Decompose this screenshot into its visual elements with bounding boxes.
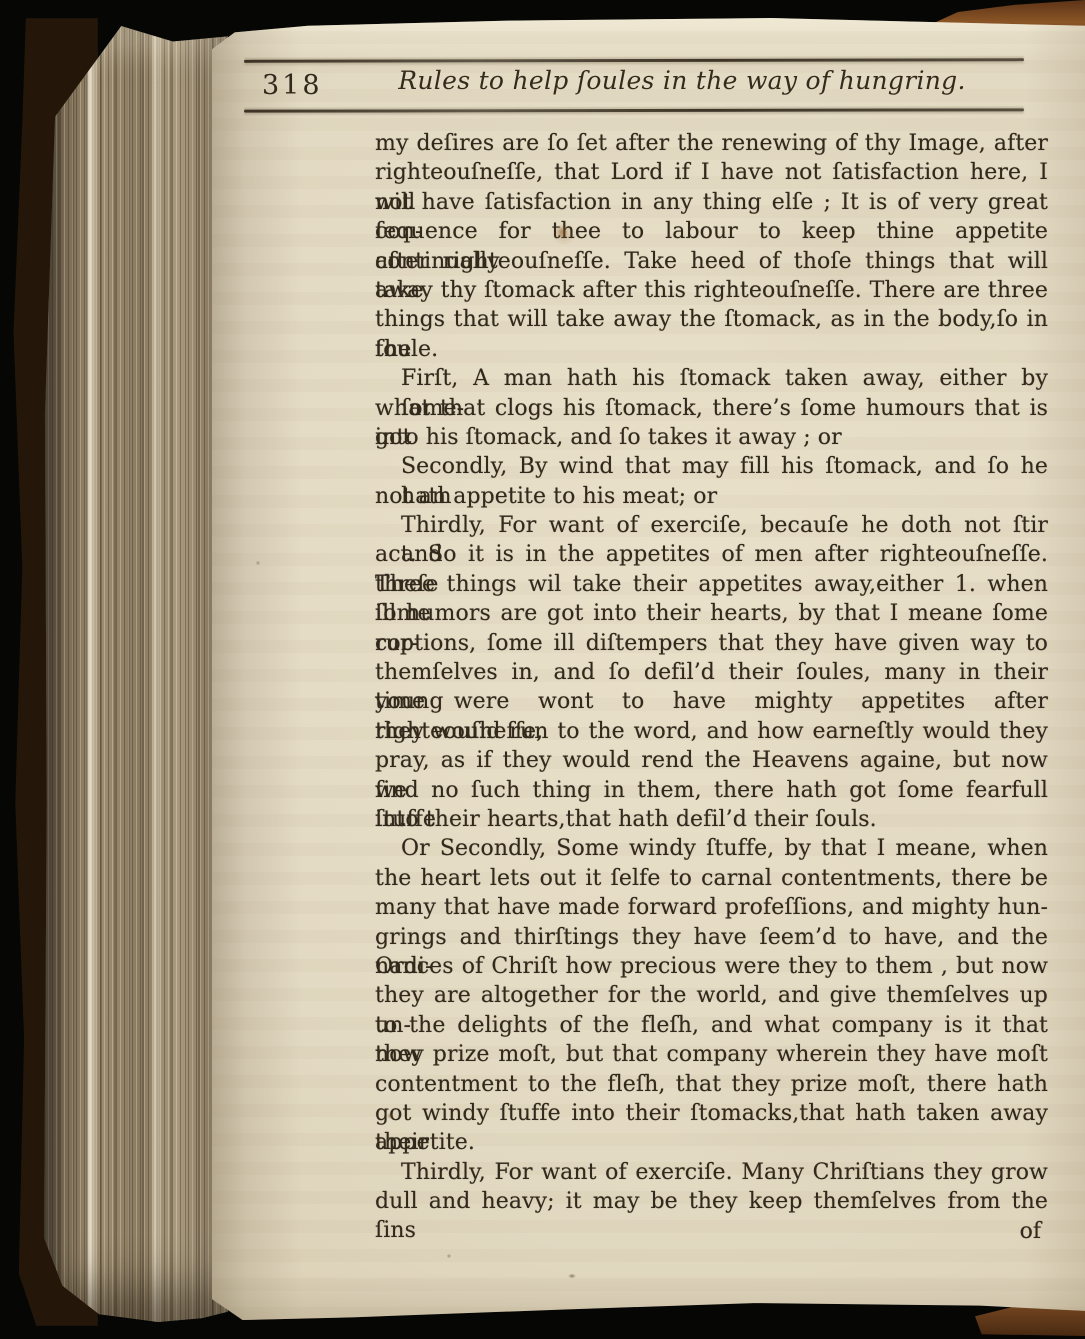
text-line: Secondly, By wind that may fill his ſtom…	[375, 452, 1048, 481]
text-line: pray, as if they would rend the Heavens …	[375, 746, 1048, 775]
text-line: away thy ſtomack after this righteouſneſ…	[375, 276, 1048, 305]
text-line: after righteouſneſſe. Take heed of thoſe…	[375, 247, 1048, 276]
text-line: the heart lets out it ſelfe to carnal co…	[375, 864, 1048, 893]
text-line: many that have made forward profeſſions,…	[375, 893, 1048, 922]
text-line: into his ſtomack, and ſo takes it away ;…	[375, 423, 1048, 452]
text-line: appetite.	[375, 1128, 1048, 1157]
running-title: Rules to help ſoules in the way of hungr…	[392, 66, 972, 95]
header-rule-top	[244, 58, 1024, 63]
text-line: my deſires are ſo ſet after the renewing…	[375, 129, 1048, 158]
text-line: ruptions, ſome ill diſtempers that they …	[375, 629, 1048, 658]
text-line: nances of Chriſt how precious were they …	[375, 952, 1048, 981]
text-line: Or Secondly, Some windy ſtuffe, by that …	[375, 834, 1048, 863]
text-line: to the delights of the fleſh, and what c…	[375, 1011, 1048, 1040]
text-line: not have ſatisfaction in any thing elſe …	[375, 188, 1048, 217]
page-edges-stack	[44, 26, 228, 1322]
text-line: grings and thirſtings they have ſeem’d t…	[375, 923, 1048, 952]
text-line: got windy ſtuffe into their ſtomacks,tha…	[375, 1099, 1048, 1128]
text-line: they are altogether for the world, and g…	[375, 981, 1048, 1010]
text-line: they would run to the word, and how earn…	[375, 717, 1048, 746]
text-line: into their hearts,that hath defil’d thei…	[375, 805, 1048, 834]
text-line: ill humors are got into their hearts, by…	[375, 599, 1048, 628]
text-line: dull and heavy; it may be they keep them…	[375, 1187, 1048, 1216]
text-line: find no ſuch thing in them, there hath g…	[375, 776, 1048, 805]
text-line: act. So it is in the appetites of men af…	[375, 540, 1048, 569]
text-line: things that will take away the ſtomack, …	[375, 305, 1048, 334]
text-line: righteouſneſſe, that Lord if I have not …	[375, 158, 1048, 187]
text-line: time were wont to have mighty appetites …	[375, 687, 1048, 716]
text-line: Thirdly, For want of exerciſe, becauſe h…	[375, 511, 1048, 540]
text-line: contentment to the fleſh, that they priz…	[375, 1070, 1048, 1099]
page-number: 318	[262, 70, 323, 101]
header-rule-bottom	[244, 108, 1024, 112]
text-line: ſequence for thee to labour to keep thin…	[375, 217, 1048, 246]
text-line: themſelves in, and ſo defil’d their ſoul…	[375, 658, 1048, 687]
book-page: 318 Rules to help ſoules in the way of h…	[212, 18, 1085, 1320]
text-line: they prize moſt, but that company wherei…	[375, 1040, 1048, 1069]
text-line: three things wil take their appetites aw…	[375, 570, 1048, 599]
catchword: of	[375, 1219, 1041, 1244]
page-text: my deſires are ſo ſet after the renewing…	[375, 129, 1048, 1216]
book-photograph: 318 Rules to help ſoules in the way of h…	[0, 0, 1085, 1339]
text-line: not an appetite to his meat; or	[375, 482, 1048, 511]
text-line: Firſt, A man hath his ſtomack taken away…	[375, 364, 1048, 393]
text-line: what that clogs his ſtomack, there’s ſom…	[375, 394, 1048, 423]
text-line: ſoule.	[375, 335, 1048, 364]
text-line: Thirdly, For want of exerciſe. Many Chri…	[375, 1158, 1048, 1187]
